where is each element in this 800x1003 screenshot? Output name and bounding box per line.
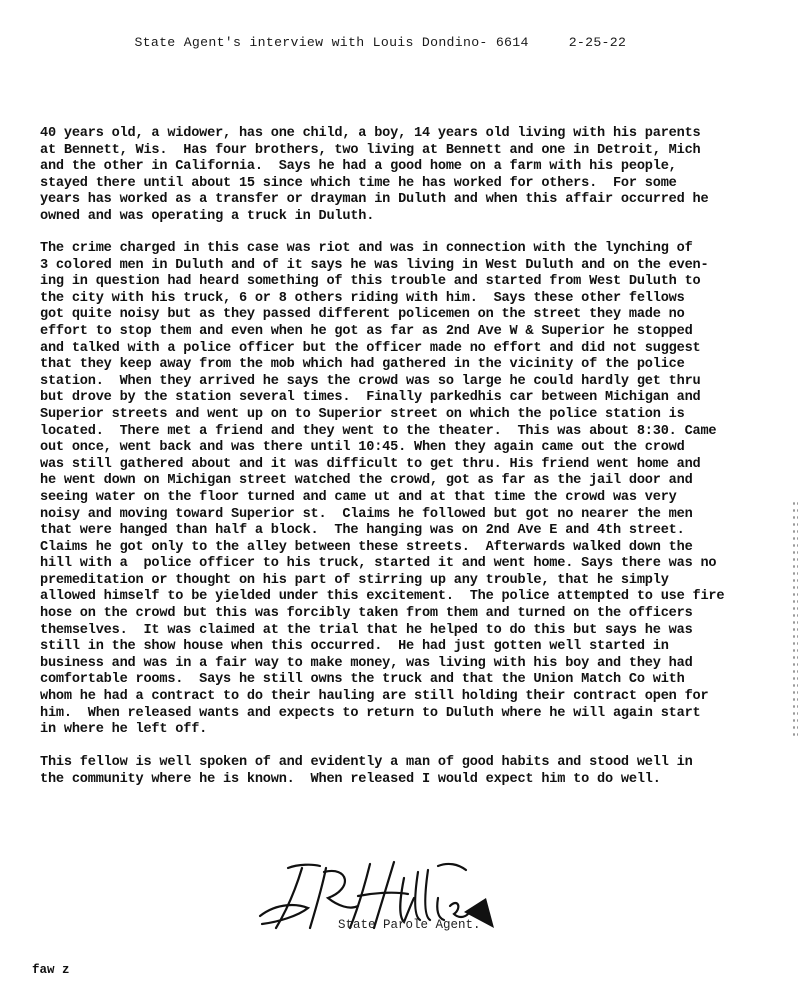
text-line: noisy and moving toward Superior st. Cla… bbox=[40, 507, 724, 524]
text-line: that were hanged than half a block. The … bbox=[40, 523, 724, 540]
text-line: effort to stop them and even when he got… bbox=[40, 324, 724, 341]
text-line: ing in question had heard something of t… bbox=[40, 274, 724, 291]
text-line: The crime charged in this case was riot … bbox=[40, 241, 724, 258]
text-line: located. There met a friend and they wen… bbox=[40, 424, 724, 441]
text-line: whom he had a contract to do their hauli… bbox=[40, 689, 724, 706]
paragraph-crime-account: The crime charged in this case was riot … bbox=[40, 241, 724, 739]
text-line: business and was in a fair way to make m… bbox=[40, 656, 724, 673]
header-title: State Agent's interview with Louis Dondi… bbox=[134, 35, 528, 50]
signatory-title: State Parole Agent. bbox=[338, 918, 481, 932]
text-line: hill with a police officer to his truck,… bbox=[40, 556, 724, 573]
text-line: Superior streets and went up on to Super… bbox=[40, 407, 724, 424]
text-line: seeing water on the floor turned and cam… bbox=[40, 490, 724, 507]
header-date: 2-25-22 bbox=[569, 35, 627, 50]
text-line: stayed there until about 15 since which … bbox=[40, 176, 708, 193]
document-header: State Agent's interview with Louis Dondi… bbox=[118, 20, 626, 50]
text-line: the city with his truck, 6 or 8 others r… bbox=[40, 291, 724, 308]
text-line: allowed himself to be yielded under this… bbox=[40, 589, 724, 606]
text-line: out once, went back and was there until … bbox=[40, 440, 724, 457]
text-line: station. When they arrived he says the c… bbox=[40, 374, 724, 391]
text-line: This fellow is well spoken of and eviden… bbox=[40, 755, 693, 772]
text-line: was still gathered about and it was diff… bbox=[40, 457, 724, 474]
text-line: but drove by the station several times. … bbox=[40, 390, 724, 407]
text-line: still in the show house when this occurr… bbox=[40, 639, 724, 656]
text-line: and talked with a police officer but the… bbox=[40, 341, 724, 358]
paragraph-background: 40 years old, a widower, has one child, … bbox=[40, 126, 708, 226]
text-line: at Bennett, Wis. Has four brothers, two … bbox=[40, 143, 708, 160]
text-line: 3 colored men in Duluth and of it says h… bbox=[40, 258, 724, 275]
text-line: the community where he is known. When re… bbox=[40, 772, 693, 789]
text-line: in where he left off. bbox=[40, 722, 724, 739]
scan-edge-noise bbox=[792, 500, 798, 740]
text-line: Claims he got only to the alley between … bbox=[40, 540, 724, 557]
text-line: and the other in California. Says he had… bbox=[40, 159, 708, 176]
text-line: themselves. It was claimed at the trial … bbox=[40, 623, 724, 640]
text-line: owned and was operating a truck in Dulut… bbox=[40, 209, 708, 226]
text-line: got quite noisy but as they passed diffe… bbox=[40, 307, 724, 324]
text-line: hose on the crowd but this was forcibly … bbox=[40, 606, 724, 623]
text-line: he went down on Michigan street watched … bbox=[40, 473, 724, 490]
typist-initials: faw z bbox=[32, 963, 70, 977]
text-line: years has worked as a transfer or drayma… bbox=[40, 192, 708, 209]
text-line: comfortable rooms. Says he still owns th… bbox=[40, 672, 724, 689]
text-line: 40 years old, a widower, has one child, … bbox=[40, 126, 708, 143]
text-line: that they keep away from the mob which h… bbox=[40, 357, 724, 374]
paragraph-assessment: This fellow is well spoken of and eviden… bbox=[40, 755, 693, 788]
text-line: him. When released wants and expects to … bbox=[40, 706, 724, 723]
text-line: premeditation or thought on his part of … bbox=[40, 573, 724, 590]
